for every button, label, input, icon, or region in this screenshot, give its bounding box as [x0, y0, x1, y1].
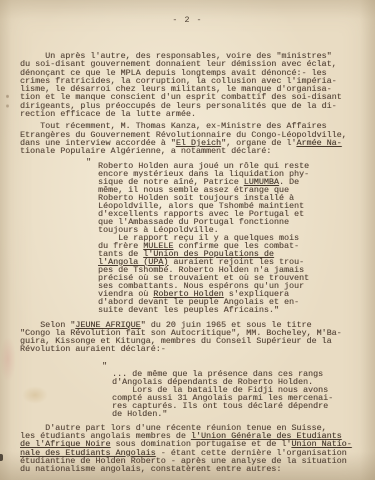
paragraph-students-meeting: D'autre part lors d'une récente réunion …	[20, 424, 365, 474]
opening-quote-mark: "	[86, 158, 91, 166]
document-body: Un après l'autre, des responsables, voir…	[20, 52, 365, 479]
paragraph-kanza-interview: Tout récemment, M. Thomas Kanza, ex-Mini…	[20, 122, 365, 155]
text-line: du nationalisme angolais, constatèrent e…	[20, 465, 365, 473]
quote-block-kanza: " Roberto Holden aura joué un rôle qui r…	[98, 162, 365, 314]
scan-edge-artifact	[0, 454, 3, 461]
text-line: tionale Populaire Algérienne, a notammen…	[20, 147, 365, 155]
text-line: de Holden."	[112, 410, 365, 418]
text-line: rection efficace de la lutte armée.	[20, 110, 365, 118]
paragraph-intro: Un après l'autre, des responsables, voir…	[20, 52, 365, 118]
paragraph-jeune-afrique: Selon "JEUNE AFRIQUE" du 20 juin 1965 et…	[20, 321, 365, 354]
paper-smudge	[0, 336, 16, 382]
document-page: - 2 - Un après l'autre, des responsables…	[0, 0, 375, 480]
text-line: Révolution auraient déclaré:-	[20, 345, 365, 353]
opening-quote-mark: "	[102, 362, 107, 370]
text-line: suite devant les peuples Africains."	[98, 306, 365, 314]
page-number: - 2 -	[0, 16, 375, 24]
quote-block-jeune-afrique: " ... de même que la présence dans ces r…	[112, 363, 365, 418]
margin-mark	[6, 94, 9, 110]
